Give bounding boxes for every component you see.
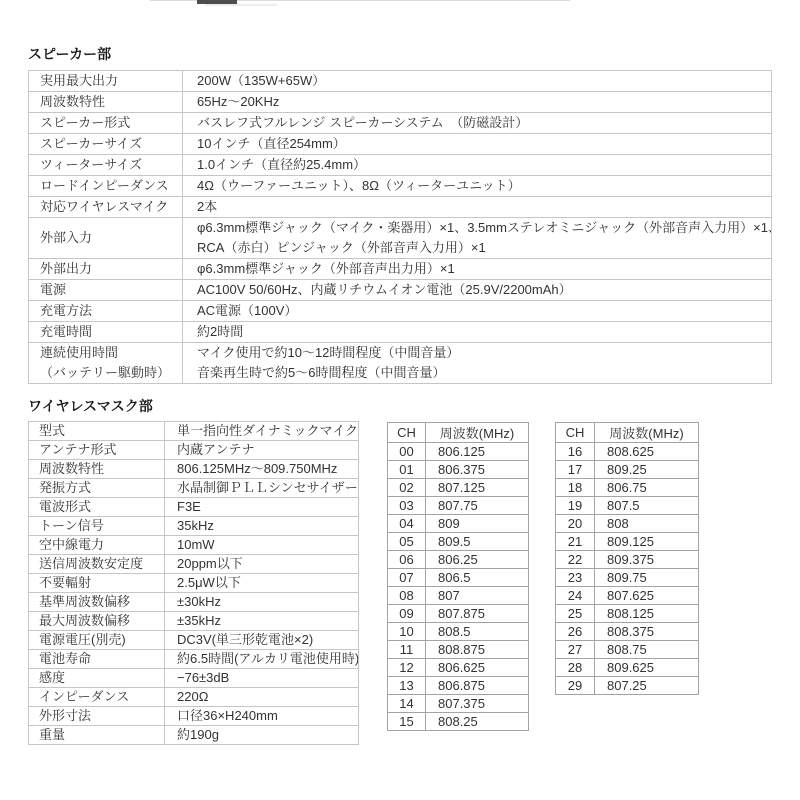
- spec-label-cell: 電池寿命: [29, 650, 165, 669]
- channel-number: 19: [556, 497, 595, 515]
- spec-row: 型式単一指向性ダイナミックマイク: [29, 422, 359, 441]
- spec-row: 実用最大出力200W（135W+65W）: [29, 71, 772, 92]
- channel-row: 19807.5: [556, 497, 699, 515]
- channel-number: 18: [556, 479, 595, 497]
- spec-value-text: 806.125MHz〜809.750MHz: [177, 460, 358, 478]
- spec-label-cell: 電波形式: [29, 498, 165, 517]
- channel-header-row: CH周波数(MHz): [556, 423, 699, 443]
- channel-frequency: 807.625: [595, 587, 699, 605]
- spec-row: 電池寿命約6.5時間(アルカリ電池使用時): [29, 650, 359, 669]
- spec-value-text: 単一指向性ダイナミックマイク: [177, 422, 358, 440]
- channel-header-ch: CH: [556, 423, 595, 443]
- channel-row: 27808.75: [556, 641, 699, 659]
- spec-value-text: マイク使用で約10〜12時間程度（中間音量）: [197, 343, 771, 363]
- spec-row: 周波数特性65Hz〜20KHz: [29, 92, 772, 113]
- channel-frequency: 809.25: [595, 461, 699, 479]
- spec-value-text: AC100V 50/60Hz、内蔵リチウムイオン電池（25.9V/2200mAh…: [197, 280, 771, 300]
- spec-label-cell: 外部入力: [29, 218, 183, 259]
- spec-value-cell: ±35kHz: [165, 612, 359, 631]
- spec-label-text: インピーダンス: [39, 688, 164, 706]
- channel-number: 21: [556, 533, 595, 551]
- spec-row: 対応ワイヤレスマイク2本: [29, 197, 772, 218]
- spec-label-text: 電波形式: [39, 498, 164, 516]
- spec-label-text: アンテナ形式: [39, 441, 164, 459]
- channel-frequency: 808.25: [426, 713, 529, 731]
- spec-value-cell: φ6.3mm標準ジャック（外部音声出力用）×1: [183, 259, 772, 280]
- channel-frequency-table-ch16-29: CH周波数(MHz)16808.62517809.2518806.7519807…: [555, 422, 699, 695]
- spec-label-text: 重量: [39, 726, 164, 744]
- spec-row: 不要輻射2.5μW以下: [29, 574, 359, 593]
- spec-value-cell: ±30kHz: [165, 593, 359, 612]
- spec-value-text: 1.0インチ（直径約25.4mm）: [197, 155, 771, 175]
- spec-value-cell: 約190g: [165, 726, 359, 745]
- spec-label-text: 外部出力: [40, 259, 182, 279]
- spec-value-text: ±30kHz: [177, 593, 358, 611]
- channel-row: 15808.25: [388, 713, 529, 731]
- spec-value-cell: F3E: [165, 498, 359, 517]
- channel-frequency: 809: [426, 515, 529, 533]
- channel-frequency: 809.625: [595, 659, 699, 677]
- spec-value-cell: 220Ω: [165, 688, 359, 707]
- spec-value-cell: 10mW: [165, 536, 359, 555]
- spec-label-cell: ツィーターサイズ: [29, 155, 183, 176]
- channel-row: 00806.125: [388, 443, 529, 461]
- spec-row: 電波形式F3E: [29, 498, 359, 517]
- speaker-spec-table: 実用最大出力200W（135W+65W）周波数特性65Hz〜20KHzスピーカー…: [28, 70, 772, 384]
- spec-value-text: 約190g: [177, 726, 358, 744]
- spec-label-cell: インピーダンス: [29, 688, 165, 707]
- spec-value-cell: 単一指向性ダイナミックマイク: [165, 422, 359, 441]
- channel-row: 04809: [388, 515, 529, 533]
- spec-label-cell: 基準周波数偏移: [29, 593, 165, 612]
- spec-label-text: スピーカーサイズ: [40, 134, 182, 154]
- spec-label-text: 送信周波数安定度: [39, 555, 164, 573]
- spec-value-cell: バスレフ式フルレンジ スピーカーシステム （防磁設計）: [183, 113, 772, 134]
- channel-number: 05: [388, 533, 426, 551]
- channel-row: 08807: [388, 587, 529, 605]
- spec-label-cell: スピーカーサイズ: [29, 134, 183, 155]
- spec-row: 外部入力φ6.3mm標準ジャック（マイク・楽器用）×1、3.5mmステレオミニジ…: [29, 218, 772, 259]
- channel-frequency: 806.375: [426, 461, 529, 479]
- spec-row: 重量約190g: [29, 726, 359, 745]
- section-title-wireless-mic: ワイヤレスマスク部: [28, 397, 153, 415]
- spec-label-text: 基準周波数偏移: [39, 593, 164, 611]
- channel-header-frequency: 周波数(MHz): [595, 423, 699, 443]
- channel-row: 01806.375: [388, 461, 529, 479]
- spec-row: トーン信号35kHz: [29, 517, 359, 536]
- channel-row: 09807.875: [388, 605, 529, 623]
- spec-label-text: 連続使用時間: [40, 343, 182, 363]
- channel-row: 18806.75: [556, 479, 699, 497]
- channel-header-row: CH周波数(MHz): [388, 423, 529, 443]
- channel-number: 09: [388, 605, 426, 623]
- channel-number: 01: [388, 461, 426, 479]
- spec-value-cell: 200W（135W+65W）: [183, 71, 772, 92]
- spec-label-text: 外形寸法: [39, 707, 164, 725]
- spec-row: 電源AC100V 50/60Hz、内蔵リチウムイオン電池（25.9V/2200m…: [29, 280, 772, 301]
- channel-row: 24807.625: [556, 587, 699, 605]
- channel-number: 14: [388, 695, 426, 713]
- spec-row: 発振方式水晶制御ＰＬＬシンセサイザー: [29, 479, 359, 498]
- channel-number: 27: [556, 641, 595, 659]
- spec-value-text: 220Ω: [177, 688, 358, 706]
- spec-value-text: F3E: [177, 498, 358, 516]
- spec-value-cell: 20ppm以下: [165, 555, 359, 574]
- channel-number: 07: [388, 569, 426, 587]
- spec-row: 空中線電力10mW: [29, 536, 359, 555]
- channel-frequency: 808.875: [426, 641, 529, 659]
- channel-number: 06: [388, 551, 426, 569]
- channel-frequency: 807.125: [426, 479, 529, 497]
- spec-label-text: 周波数特性: [39, 460, 164, 478]
- spec-label-cell: 不要輻射: [29, 574, 165, 593]
- spec-row: インピーダンス220Ω: [29, 688, 359, 707]
- channel-number: 10: [388, 623, 426, 641]
- channel-row: 05809.5: [388, 533, 529, 551]
- channel-row: 07806.5: [388, 569, 529, 587]
- spec-label-cell: 連続使用時間（バッテリー駆動時）: [29, 343, 183, 384]
- channel-row: 03807.75: [388, 497, 529, 515]
- top-crop-smudge: [205, 4, 277, 6]
- channel-frequency: 808.375: [595, 623, 699, 641]
- spec-label-text: 空中線電力: [39, 536, 164, 554]
- spec-label-text: スピーカー形式: [40, 113, 182, 133]
- channel-frequency: 809.5: [426, 533, 529, 551]
- spec-label-cell: 型式: [29, 422, 165, 441]
- channel-number: 08: [388, 587, 426, 605]
- spec-label-text: 電池寿命: [39, 650, 164, 668]
- channel-number: 22: [556, 551, 595, 569]
- spec-value-text: RCA（赤白）ピンジャック（外部音声入力用）×1: [197, 238, 771, 258]
- spec-value-text: DC3V(単三形乾電池×2): [177, 631, 358, 649]
- channel-number: 25: [556, 605, 595, 623]
- channel-row: 25808.125: [556, 605, 699, 623]
- spec-label-cell: 重量: [29, 726, 165, 745]
- spec-row: 周波数特性806.125MHz〜809.750MHz: [29, 460, 359, 479]
- channel-frequency: 808.625: [595, 443, 699, 461]
- spec-value-text: 2本: [197, 197, 771, 217]
- spec-value-text: 10インチ（直径254mm）: [197, 134, 771, 154]
- spec-label-cell: 外部出力: [29, 259, 183, 280]
- spec-label-cell: 充電時間: [29, 322, 183, 343]
- spec-value-text: −76±3dB: [177, 669, 358, 687]
- spec-label-text: 発振方式: [39, 479, 164, 497]
- spec-label-cell: アンテナ形式: [29, 441, 165, 460]
- spec-value-text: 65Hz〜20KHz: [197, 92, 771, 112]
- channel-frequency: 806.125: [426, 443, 529, 461]
- channel-number: 03: [388, 497, 426, 515]
- spec-label-text: 外部入力: [40, 228, 182, 248]
- channel-header-frequency: 周波数(MHz): [426, 423, 529, 443]
- spec-label-cell: 外形寸法: [29, 707, 165, 726]
- spec-value-cell: 水晶制御ＰＬＬシンセサイザー: [165, 479, 359, 498]
- spec-label-cell: 対応ワイヤレスマイク: [29, 197, 183, 218]
- channel-frequency: 807.375: [426, 695, 529, 713]
- channel-frequency: 809.75: [595, 569, 699, 587]
- channel-number: 26: [556, 623, 595, 641]
- spec-value-cell: 806.125MHz〜809.750MHz: [165, 460, 359, 479]
- spec-label-text: 電源: [40, 280, 182, 300]
- spec-value-cell: −76±3dB: [165, 669, 359, 688]
- channel-number: 15: [388, 713, 426, 731]
- spec-value-text: 口径36×H240mm: [177, 707, 358, 725]
- spec-label-text: ロードインピーダンス: [40, 176, 182, 196]
- channel-row: 10808.5: [388, 623, 529, 641]
- spec-label-text: ツィーターサイズ: [40, 155, 182, 175]
- channel-number: 17: [556, 461, 595, 479]
- spec-label-text: 充電方法: [40, 301, 182, 321]
- spec-row: ロードインピーダンス4Ω（ウーファーユニット）、8Ω（ツィーターユニット）: [29, 176, 772, 197]
- spec-value-text: AC電源（100V）: [197, 301, 771, 321]
- spec-label-cell: 発振方式: [29, 479, 165, 498]
- channel-frequency: 806.25: [426, 551, 529, 569]
- spec-row: スピーカー形式バスレフ式フルレンジ スピーカーシステム （防磁設計）: [29, 113, 772, 134]
- channel-row: 28809.625: [556, 659, 699, 677]
- spec-label-cell: 電源: [29, 280, 183, 301]
- spec-label-text: 実用最大出力: [40, 71, 182, 91]
- channel-number: 20: [556, 515, 595, 533]
- spec-label-cell: 空中線電力: [29, 536, 165, 555]
- channel-number: 28: [556, 659, 595, 677]
- spec-value-cell: AC電源（100V）: [183, 301, 772, 322]
- spec-label-cell: 充電方法: [29, 301, 183, 322]
- spec-value-text: ±35kHz: [177, 612, 358, 630]
- channel-frequency: 808.5: [426, 623, 529, 641]
- channel-row: 13806.875: [388, 677, 529, 695]
- spec-row: 連続使用時間（バッテリー駆動時）マイク使用で約10〜12時間程度（中間音量）音楽…: [29, 343, 772, 384]
- spec-row: 電源電圧(別売)DC3V(単三形乾電池×2): [29, 631, 359, 650]
- channel-row: 16808.625: [556, 443, 699, 461]
- channel-row: 20808: [556, 515, 699, 533]
- spec-row: 基準周波数偏移±30kHz: [29, 593, 359, 612]
- spec-label-cell: 感度: [29, 669, 165, 688]
- channel-frequency: 807.5: [595, 497, 699, 515]
- channel-frequency: 809.125: [595, 533, 699, 551]
- spec-value-text: 10mW: [177, 536, 358, 554]
- channel-number: 11: [388, 641, 426, 659]
- channel-frequency: 808: [595, 515, 699, 533]
- channel-row: 22809.375: [556, 551, 699, 569]
- spec-row: スピーカーサイズ10インチ（直径254mm）: [29, 134, 772, 155]
- spec-label-cell: 周波数特性: [29, 460, 165, 479]
- spec-row: 外部出力φ6.3mm標準ジャック（外部音声出力用）×1: [29, 259, 772, 280]
- spec-row: 送信周波数安定度20ppm以下: [29, 555, 359, 574]
- channel-row: 11808.875: [388, 641, 529, 659]
- spec-label-text: 型式: [39, 422, 164, 440]
- spec-label-text: トーン信号: [39, 517, 164, 535]
- channel-number: 24: [556, 587, 595, 605]
- spec-label-text: 感度: [39, 669, 164, 687]
- spec-label-cell: 最大周波数偏移: [29, 612, 165, 631]
- channel-frequency: 806.875: [426, 677, 529, 695]
- spec-label-cell: 送信周波数安定度: [29, 555, 165, 574]
- channel-number: 13: [388, 677, 426, 695]
- spec-value-cell: 口径36×H240mm: [165, 707, 359, 726]
- spec-row: 感度−76±3dB: [29, 669, 359, 688]
- spec-value-cell: 1.0インチ（直径約25.4mm）: [183, 155, 772, 176]
- spec-value-text: 20ppm以下: [177, 555, 358, 573]
- channel-number: 02: [388, 479, 426, 497]
- channel-row: 23809.75: [556, 569, 699, 587]
- section-title-speaker: スピーカー部: [28, 45, 111, 63]
- channel-number: 00: [388, 443, 426, 461]
- spec-label-cell: 実用最大出力: [29, 71, 183, 92]
- channel-header-ch: CH: [388, 423, 426, 443]
- channel-number: 29: [556, 677, 595, 695]
- spec-row: 外形寸法口径36×H240mm: [29, 707, 359, 726]
- channel-frequency-table-ch00-15: CH周波数(MHz)00806.12501806.37502807.125038…: [387, 422, 529, 731]
- spec-value-cell: 2本: [183, 197, 772, 218]
- spec-row: ツィーターサイズ1.0インチ（直径約25.4mm）: [29, 155, 772, 176]
- spec-row: 充電時間約2時間: [29, 322, 772, 343]
- spec-label-text: 不要輻射: [39, 574, 164, 592]
- spec-value-cell: 10インチ（直径254mm）: [183, 134, 772, 155]
- channel-frequency: 806.5: [426, 569, 529, 587]
- spec-label-text: 電源電圧(別売): [39, 631, 164, 649]
- spec-value-text: φ6.3mm標準ジャック（マイク・楽器用）×1、3.5mmステレオミニジャック（…: [197, 218, 771, 238]
- channel-frequency: 806.75: [595, 479, 699, 497]
- spec-value-text: 音楽再生時で約5〜6時間程度（中間音量）: [197, 363, 771, 383]
- spec-value-cell: 約2時間: [183, 322, 772, 343]
- spec-value-text: 約2時間: [197, 322, 771, 342]
- spec-value-cell: 35kHz: [165, 517, 359, 536]
- spec-label-cell: 電源電圧(別売): [29, 631, 165, 650]
- spec-value-cell: マイク使用で約10〜12時間程度（中間音量）音楽再生時で約5〜6時間程度（中間音…: [183, 343, 772, 384]
- channel-number: 23: [556, 569, 595, 587]
- spec-sheet-page: スピーカー部 実用最大出力200W（135W+65W）周波数特性65Hz〜20K…: [0, 0, 800, 800]
- spec-value-cell: 内蔵アンテナ: [165, 441, 359, 460]
- channel-row: 17809.25: [556, 461, 699, 479]
- spec-value-text: φ6.3mm標準ジャック（外部音声出力用）×1: [197, 259, 771, 279]
- spec-value-text: 約6.5時間(アルカリ電池使用時): [177, 650, 358, 668]
- channel-row: 12806.625: [388, 659, 529, 677]
- spec-value-cell: DC3V(単三形乾電池×2): [165, 631, 359, 650]
- spec-value-text: 4Ω（ウーファーユニット）、8Ω（ツィーターユニット）: [197, 176, 771, 196]
- channel-number: 12: [388, 659, 426, 677]
- channel-row: 26808.375: [556, 623, 699, 641]
- channel-row: 06806.25: [388, 551, 529, 569]
- channel-number: 16: [556, 443, 595, 461]
- spec-label-text: 対応ワイヤレスマイク: [40, 197, 182, 217]
- channel-row: 14807.375: [388, 695, 529, 713]
- spec-value-text: 2.5μW以下: [177, 574, 358, 592]
- spec-value-cell: 4Ω（ウーファーユニット）、8Ω（ツィーターユニット）: [183, 176, 772, 197]
- channel-number: 04: [388, 515, 426, 533]
- channel-frequency: 807.25: [595, 677, 699, 695]
- spec-value-cell: 約6.5時間(アルカリ電池使用時): [165, 650, 359, 669]
- channel-frequency: 808.125: [595, 605, 699, 623]
- spec-value-text: 200W（135W+65W）: [197, 71, 771, 91]
- spec-label-text: 充電時間: [40, 322, 182, 342]
- spec-label-text: 周波数特性: [40, 92, 182, 112]
- channel-frequency: 809.375: [595, 551, 699, 569]
- spec-label-text: （バッテリー駆動時）: [40, 363, 182, 383]
- channel-frequency: 806.625: [426, 659, 529, 677]
- spec-label-cell: スピーカー形式: [29, 113, 183, 134]
- wireless-mic-spec-table: 型式単一指向性ダイナミックマイクアンテナ形式内蔵アンテナ周波数特性806.125…: [28, 421, 359, 745]
- channel-frequency: 808.75: [595, 641, 699, 659]
- spec-value-cell: AC100V 50/60Hz、内蔵リチウムイオン電池（25.9V/2200mAh…: [183, 280, 772, 301]
- spec-row: 充電方法AC電源（100V）: [29, 301, 772, 322]
- spec-label-cell: ロードインピーダンス: [29, 176, 183, 197]
- spec-row: アンテナ形式内蔵アンテナ: [29, 441, 359, 460]
- spec-label-cell: 周波数特性: [29, 92, 183, 113]
- spec-value-text: バスレフ式フルレンジ スピーカーシステム （防磁設計）: [197, 113, 771, 133]
- channel-row: 29807.25: [556, 677, 699, 695]
- channel-frequency: 807.875: [426, 605, 529, 623]
- spec-value-cell: 65Hz〜20KHz: [183, 92, 772, 113]
- channel-frequency: 807: [426, 587, 529, 605]
- channel-row: 02807.125: [388, 479, 529, 497]
- channel-row: 21809.125: [556, 533, 699, 551]
- spec-row: 最大周波数偏移±35kHz: [29, 612, 359, 631]
- spec-label-text: 最大周波数偏移: [39, 612, 164, 630]
- spec-value-text: 内蔵アンテナ: [177, 441, 358, 459]
- spec-value-text: 水晶制御ＰＬＬシンセサイザー: [177, 479, 358, 497]
- channel-frequency: 807.75: [426, 497, 529, 515]
- spec-value-cell: 2.5μW以下: [165, 574, 359, 593]
- spec-label-cell: トーン信号: [29, 517, 165, 536]
- spec-value-cell: φ6.3mm標準ジャック（マイク・楽器用）×1、3.5mmステレオミニジャック（…: [183, 218, 772, 259]
- spec-value-text: 35kHz: [177, 517, 358, 535]
